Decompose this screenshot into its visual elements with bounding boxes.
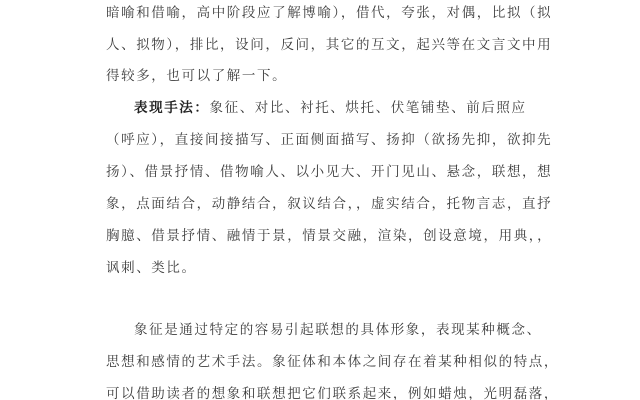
paragraph-3-line-3: 可以借助读者的想象和联想把它们联系起来，例如蜡烛，光明磊落， (106, 384, 559, 400)
techniques-heading: 表现手法： (134, 100, 210, 116)
paragraph-2-line-6: 讽刺、类比。 (106, 258, 197, 278)
paragraph-2-line-4: 象，点面结合，动静结合，叙议结合，，虚实结合，托物言志，直抒 (106, 194, 552, 214)
paragraph-2-line-2: （呼应），直接间接描写、正面侧面描写、扬抑（欲扬先抑，欲抑先 (106, 130, 552, 150)
paragraph-2-line-3: 扬）、借景抒情、借物喻人、以小见大、开门见山、悬念，联想，想 (106, 162, 552, 182)
paragraph-1-line-3: 得较多，也可以了解一下。 (106, 66, 287, 86)
paragraph-1-line-1: 暗喻和借喻，高中阶段应了解博喻），借代，夸张，对偶，比拟（拟 (106, 3, 552, 23)
paragraph-2-line-1: 表现手法：象征、对比、衬托、烘托、伏笔铺垫、前后照应 (134, 98, 527, 118)
techniques-first-line: 象征、对比、衬托、烘托、伏笔铺垫、前后照应 (210, 100, 527, 116)
paragraph-3-line-2: 思想和感情的艺术手法。象征体和本体之间存在着某种相似的特点， (106, 352, 559, 372)
paragraph-3-line-1: 象征是通过特定的容易引起联想的具体形象，表现某种概念、 (134, 320, 542, 340)
paragraph-1-line-2: 人、拟物），排比，设问，反问，其它的互文，起兴等在文言文中用 (106, 35, 552, 55)
document-page: 暗喻和借喻，高中阶段应了解博喻），借代，夸张，对偶，比拟（拟 人、拟物），排比，… (0, 0, 640, 400)
paragraph-2-line-5: 胸臆、借景抒情、融情于景，情景交融，渲染，创设意境，用典，， (106, 226, 552, 246)
